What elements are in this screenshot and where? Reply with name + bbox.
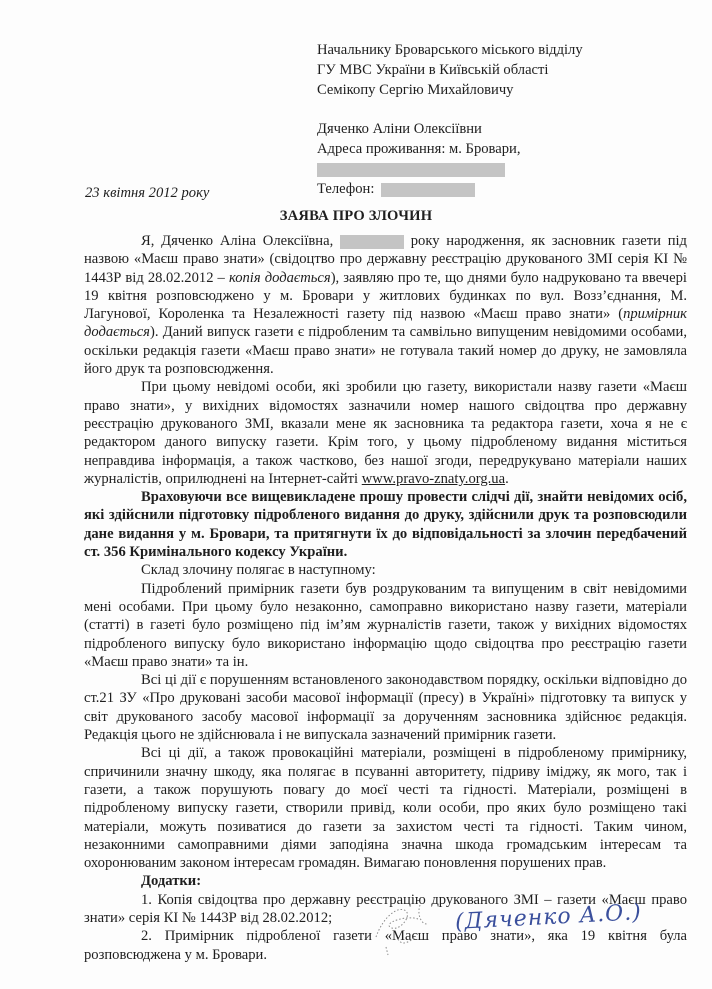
attachments-heading: Додатки:	[84, 872, 687, 890]
redacted-address	[317, 163, 505, 177]
sender-name: Дяченко Аліни Олексіївни	[317, 119, 583, 139]
paragraph-4: Склад злочину полягає в наступному:	[84, 561, 687, 579]
website-link[interactable]: www.pravo-znaty.org.ua	[362, 471, 505, 487]
paragraph-6: Всі ці дії є порушенням встановленого за…	[84, 671, 687, 744]
paragraph-2: При цьому невідомі особи, які зробили цю…	[84, 378, 687, 488]
letter-date: 23 квітня 2012 року	[85, 185, 209, 202]
addressee-line: Начальнику Броварського міського відділу	[317, 40, 583, 60]
text: Я, Дяченко Аліна Олексіївна,	[141, 233, 333, 249]
addressee-line: Семікопу Сергію Михайловичу	[317, 80, 583, 100]
signature-scribble-icon	[368, 897, 438, 957]
paragraph-5: Підроблений примірник газети був роздрук…	[84, 580, 687, 671]
text-italic: копія додається	[229, 270, 331, 286]
addressee-line: ГУ МВС України в Київській області	[317, 60, 583, 80]
redacted-birth-date	[340, 235, 404, 249]
paragraph-request: Враховуючи все вищевикладене прошу прове…	[84, 488, 687, 561]
sender-address-label: Адреса проживання: м. Бровари,	[317, 139, 583, 159]
redacted-phone	[381, 183, 475, 197]
text: .	[505, 471, 509, 487]
paragraph-7: Всі ці дії, а також провокаційні матеріа…	[84, 744, 687, 872]
scanned-letter-page: Начальнику Броварського міського відділу…	[0, 0, 712, 989]
text: ). Даний випуск газети є підробленим та …	[84, 324, 687, 377]
addressee-block: Начальнику Броварського міського відділу…	[317, 40, 583, 199]
paragraph-1: Я, Дяченко Аліна Олексіївна, року народж…	[84, 232, 687, 378]
letter-body: Я, Дяченко Аліна Олексіївна, року народж…	[84, 232, 687, 964]
document-title: ЗАЯВА ПРО ЗЛОЧИН	[0, 208, 712, 225]
phone-label: Телефон:	[317, 181, 374, 197]
